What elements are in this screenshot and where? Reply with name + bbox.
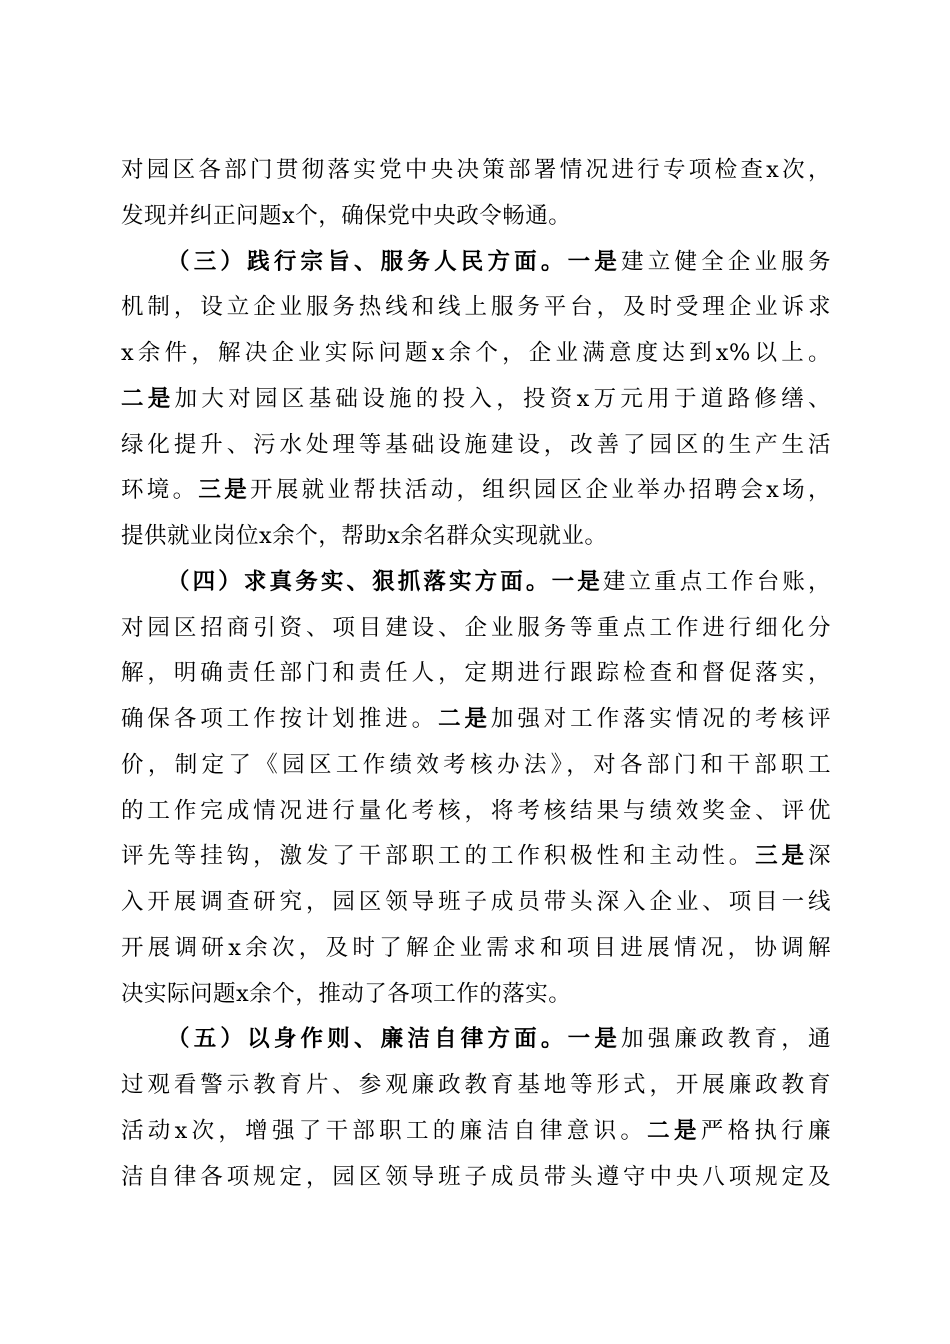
text-run: 过观看警示教育片、参观廉政教育基地等形式，开展廉政教育 [121,1072,831,1098]
paragraph-section-5: （五）以身作则、廉洁自律方面。一是加强廉政教育，通 过观看警示教育片、参观廉政教… [121,1017,831,1200]
text-line: 过观看警示教育片、参观廉政教育基地等形式，开展廉政教育 [121,1063,831,1109]
point-marker: 二是 [647,1118,701,1144]
text-run: 价，制定了《园区工作绩效考核办法》，对各部门和干部职工 [121,752,831,778]
text-run: 洁自律各项规定，园区领导班子成员带头遵守中央八项规定及 [121,1164,831,1190]
section-heading-line: （五）以身作则、廉洁自律方面。一是加强廉政教育，通 [121,1017,831,1063]
point-marker: 二是 [121,386,175,412]
section-heading-line: （四）求真务实、狠抓落实方面。一是建立重点工作台账， [121,560,831,606]
text-run: 入开展调查研究，园区领导班子成员带头深入企业、项目一线 [121,889,831,915]
text-line: 解，明确责任部门和责任人，定期进行跟踪检查和督促落实， [121,651,831,697]
section-heading-line: （三）践行宗旨、服务人民方面。一是建立健全企业服务 [121,240,831,286]
text-line: 二是加大对园区基础设施的投入，投资x万元用于道路修缮、 [121,377,831,423]
text-run: x余件，解决企业实际问题x余个，企业满意度达到x%以上。 [121,340,831,366]
text-run: 发现并纠正问题x个，确保党中央政令畅通。 [121,203,571,229]
point-marker: 一是 [568,1026,621,1052]
text-run: 建立重点工作台账， [603,569,831,595]
text-line: x余件，解决企业实际问题x余个，企业满意度达到x%以上。 [121,331,831,377]
text-line: 对园区各部门贯彻落实党中央决策部署情况进行专项检查x次， [121,148,831,194]
text-line: 的工作完成情况进行量化考核，将考核结果与绩效奖金、评优 [121,789,831,835]
text-line: 入开展调查研究，园区领导班子成员带头深入企业、项目一线 [121,880,831,926]
point-marker: 三是 [198,477,250,503]
text-line: 确保各项工作按计划推进。二是加强对工作落实情况的考核评 [121,697,831,743]
text-line: 环境。三是开展就业帮扶活动，组织园区企业举办招聘会x场， [121,468,831,514]
text-run: 评先等挂钩，激发了干部职工的工作积极性和主动性。 [121,843,755,869]
section-heading: （三）践行宗旨、服务人民方面。 [167,249,568,275]
point-marker: 一是 [552,569,603,595]
point-marker: 一是 [568,249,621,275]
text-line: 决实际问题x余个，推动了各项工作的落实。 [121,972,831,1018]
text-run: 活动x次，增强了干部职工的廉洁自律意识。 [121,1118,647,1144]
paragraph-section-3: （三）践行宗旨、服务人民方面。一是建立健全企业服务 机制，设立企业服务热线和线上… [121,240,831,560]
text-run: 解，明确责任部门和责任人，定期进行跟踪检查和督促落实， [121,660,831,686]
text-run: 确保各项工作按计划推进。 [121,706,438,732]
text-run: 严格执行廉 [701,1118,831,1144]
text-run: 绿化提升、污水处理等基础设施建设，改善了园区的生产生活 [121,432,831,458]
text-run: 开展调研x余次，及时了解企业需求和项目进展情况，协调解 [121,935,831,961]
text-run: 的工作完成情况进行量化考核，将考核结果与绩效奖金、评优 [121,798,831,824]
text-line: 对园区招商引资、项目建设、企业服务等重点工作进行细化分 [121,606,831,652]
section-heading: （四）求真务实、狠抓落实方面。 [167,569,552,595]
text-run: 环境。 [121,477,198,503]
text-line: 评先等挂钩，激发了干部职工的工作积极性和主动性。三是深 [121,834,831,880]
text-run: 加大对园区基础设施的投入，投资x万元用于道路修缮、 [175,386,831,412]
text-run: 开展就业帮扶活动，组织园区企业举办招聘会x场， [250,477,831,503]
text-line: 价，制定了《园区工作绩效考核办法》，对各部门和干部职工 [121,743,831,789]
text-run: 加强对工作落实情况的考核评 [491,706,831,732]
text-line: 洁自律各项规定，园区领导班子成员带头遵守中央八项规定及 [121,1155,831,1201]
paragraph-section-4: （四）求真务实、狠抓落实方面。一是建立重点工作台账， 对园区招商引资、项目建设、… [121,560,831,1018]
point-marker: 二是 [438,706,491,732]
text-line: 提供就业岗位x余个，帮助x余名群众实现就业。 [121,514,831,560]
text-line: 活动x次，增强了干部职工的廉洁自律意识。二是严格执行廉 [121,1109,831,1155]
text-run: 对园区各部门贯彻落实党中央决策部署情况进行专项检查x次， [121,157,831,183]
text-run: 深 [808,843,831,869]
text-line: 绿化提升、污水处理等基础设施建设，改善了园区的生产生活 [121,423,831,469]
section-heading: （五）以身作则、廉洁自律方面。 [167,1026,568,1052]
text-line: 开展调研x余次，及时了解企业需求和项目进展情况，协调解 [121,926,831,972]
text-run: 建立健全企业服务 [621,249,831,275]
text-run: 提供就业岗位x余个，帮助x余名群众实现就业。 [121,523,607,549]
document-page: 对园区各部门贯彻落实党中央决策部署情况进行专项检查x次， 发现并纠正问题x个，确… [121,148,831,1200]
point-marker: 三是 [755,843,808,869]
text-line: 机制，设立企业服务热线和线上服务平台，及时受理企业诉求 [121,285,831,331]
text-line: 发现并纠正问题x个，确保党中央政令畅通。 [121,194,831,240]
paragraph-continuation: 对园区各部门贯彻落实党中央决策部署情况进行专项检查x次， 发现并纠正问题x个，确… [121,148,831,240]
text-run: 决实际问题x余个，推动了各项工作的落实。 [121,981,571,1007]
text-run: 对园区招商引资、项目建设、企业服务等重点工作进行细化分 [121,615,831,641]
text-run: 加强廉政教育，通 [621,1026,831,1052]
text-run: 机制，设立企业服务热线和线上服务平台，及时受理企业诉求 [121,294,831,320]
